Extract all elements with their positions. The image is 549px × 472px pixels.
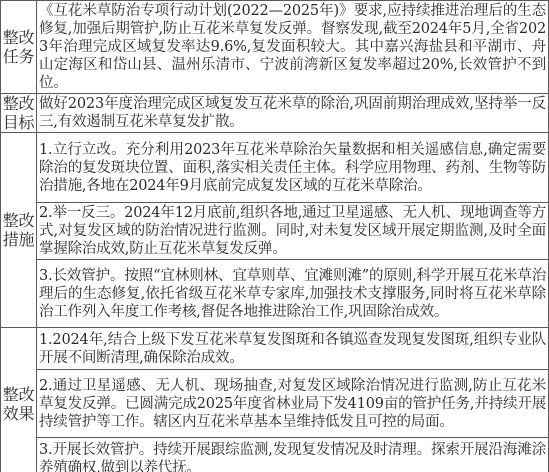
effect-item: 3.开展长效管护。持续开展跟综监测,发现复发情况及时清理。探索开展沿海滩涂养殖确…	[37, 438, 549, 472]
row-label-task: 整改任务	[1, 1, 37, 94]
row-goal: 整改目标 做好2023年度治理完成区域复发互花米草的除治,巩固前期治理成效,坚持…	[1, 94, 549, 133]
row-measures-3: 3.长效管护。按照“宜林则林、宜草则草、宜滩则滩”的原则,科学开展互花米草治理后…	[1, 260, 549, 328]
effect-item: 1.2024年,结合上级下发互花米草复发图斑和各镇巡查发现复发图斑,组织专业队开…	[37, 328, 549, 370]
measure-item: 2.举一反三。2024年12月底前,组织各地,通过卫星遥感、无人机、现地调查等方…	[37, 203, 549, 260]
row-measures-2: 2.举一反三。2024年12月底前,组织各地,通过卫星遥感、无人机、现地调查等方…	[1, 203, 549, 260]
goal-content: 做好2023年度治理完成区域复发互花米草的除治,巩固前期治理成效,坚持举一反三,…	[37, 94, 549, 133]
row-effects-1: 整改效果 1.2024年,结合上级下发互花米草复发图斑和各镇巡查发现复发图斑,组…	[1, 328, 549, 370]
rectification-table: 整改任务 《互花米草防治专项行动计划(2022—2025年)》要求,应持续推进治…	[0, 0, 549, 472]
measure-item: 3.长效管护。按照“宜林则林、宜草则草、宜滩则滩”的原则,科学开展互花米草治理后…	[37, 260, 549, 328]
row-label-goal: 整改目标	[1, 94, 37, 133]
row-task: 整改任务 《互花米草防治专项行动计划(2022—2025年)》要求,应持续推进治…	[1, 1, 549, 94]
task-content: 《互花米草防治专项行动计划(2022—2025年)》要求,应持续推进治理后的生态…	[37, 1, 549, 94]
row-measures-1: 整改措施 1.立行立改。充分利用2023年互花米草除治矢量数据和相关遥感信息,确…	[1, 133, 549, 203]
effect-item: 2.通过卫星遥感、无人机、现场抽查,对复发区域除治情况进行监测,防止互花米草复发…	[37, 370, 549, 438]
row-effects-3: 3.开展长效管护。持续开展跟综监测,发现复发情况及时清理。探索开展沿海滩涂养殖确…	[1, 438, 549, 472]
row-effects-2: 2.通过卫星遥感、无人机、现场抽查,对复发区域除治情况进行监测,防止互花米草复发…	[1, 370, 549, 438]
row-label-effects: 整改效果	[1, 328, 37, 472]
row-label-measures: 整改措施	[1, 133, 37, 328]
measure-item: 1.立行立改。充分利用2023年互花米草除治矢量数据和相关遥感信息,确定需要除治…	[37, 133, 549, 203]
